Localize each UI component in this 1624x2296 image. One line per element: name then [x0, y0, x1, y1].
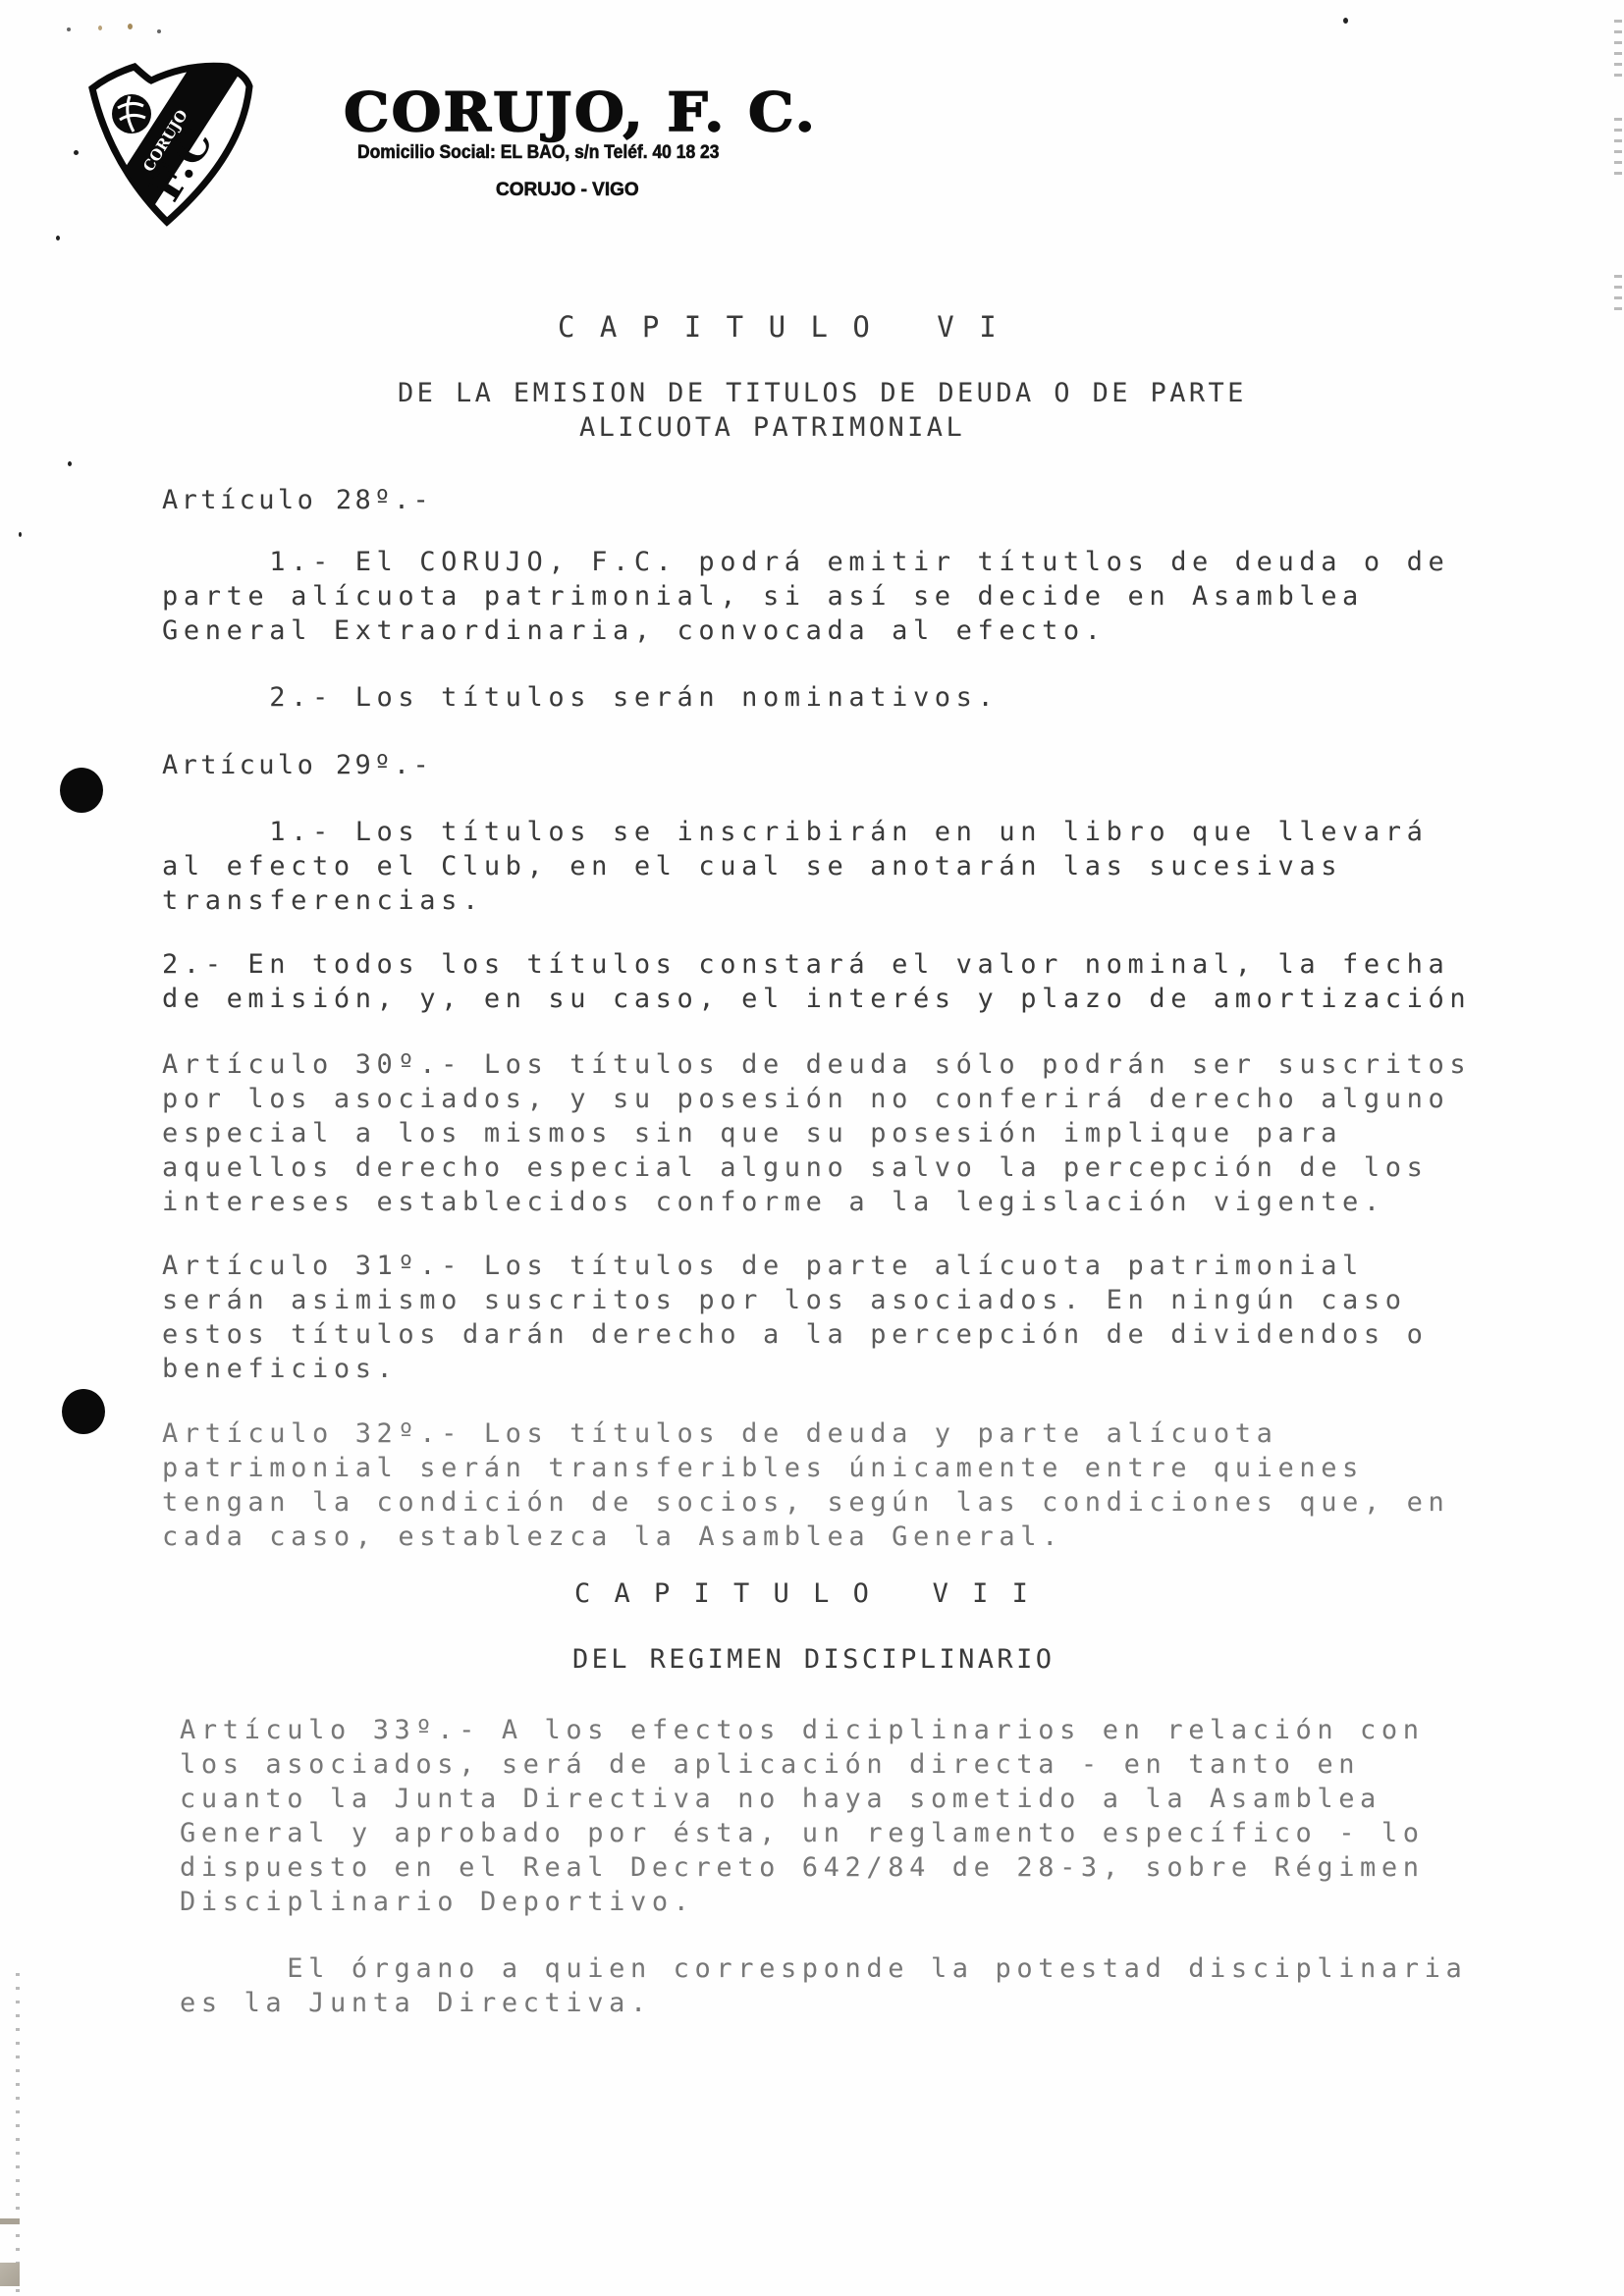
- article-28-heading: Artículo 28º.-: [162, 483, 432, 517]
- article-29-p2-line1: 2.- En todos los títulos constará el val…: [162, 947, 1449, 982]
- article-31-line1: Artículo 31º.- Los títulos de parte alíc…: [162, 1249, 1364, 1283]
- article-29-p2-line2: de emisión, y, en su caso, el interés y …: [162, 982, 1471, 1016]
- article-29-p1-line3: transferencias.: [162, 883, 484, 918]
- club-shield-logo-icon: CORUJO F.C: [81, 57, 257, 229]
- scan-speck: [98, 26, 102, 30]
- article-28-p1-line1: 1.- El CORUJO, F.C. podrá emitir títutlo…: [162, 545, 1449, 579]
- punch-hole: [62, 1389, 105, 1434]
- article-28-p1-line3: General Extraordinaria, convocada al efe…: [162, 614, 1107, 648]
- article-33-line3: cuanto la Junta Directiva no haya someti…: [180, 1782, 1381, 1816]
- scan-speck: [68, 461, 72, 466]
- article-32-line4: cada caso, establezca la Asamblea Genera…: [162, 1520, 1063, 1554]
- article-33-line6: Disciplinario Deportivo.: [180, 1885, 695, 1919]
- document-page: CORUJO F.C CORUJO, F. C. Domicilio Socia…: [0, 0, 1624, 2296]
- scan-edge-artifact: [1614, 118, 1622, 177]
- chapter-6-title: C A P I T U L O V I: [558, 310, 1001, 344]
- article-29-p1-line1: 1.- Los títulos se inscribirán en un lib…: [162, 815, 1428, 849]
- article-30-line2: por los asociados, y su posesión no conf…: [162, 1082, 1449, 1116]
- scan-speck: [67, 27, 71, 31]
- article-29-heading: Artículo 29º.-: [162, 748, 432, 782]
- chapter-7-title: C A P I T U L O V I I: [574, 1578, 1032, 1609]
- chapter-6-subtitle-line2: ALICUOTA PATRIMONIAL: [579, 412, 965, 443]
- article-31-line4: beneficios.: [162, 1352, 398, 1386]
- scan-speck: [128, 24, 133, 29]
- scan-edge-artifact: [1614, 20, 1622, 79]
- article-30-line5: intereses establecidos conforme a la leg…: [162, 1185, 1385, 1219]
- scan-edge-artifact: [0, 2218, 20, 2224]
- scan-speck: [19, 532, 22, 537]
- scan-edge-artifact: [16, 1973, 20, 2296]
- article-30-line3: especial a los mismos sin que su posesió…: [162, 1116, 1342, 1150]
- scan-speck: [1343, 18, 1348, 24]
- scan-speck: [56, 236, 60, 240]
- article-32-line3: tengan la condición de socios, según las…: [162, 1485, 1449, 1520]
- article-31-line2: serán asimismo suscritos por los asociad…: [162, 1283, 1407, 1317]
- club-city: CORUJO - VIGO: [496, 180, 639, 201]
- article-28-p2-line1: 2.- Los títulos serán nominativos.: [162, 680, 999, 715]
- club-name: CORUJO, F. C.: [344, 80, 817, 143]
- article-33-p2-line2: es la Junta Directiva.: [180, 1986, 652, 2020]
- article-29-p1-line2: al efecto el Club, en el cual se anotará…: [162, 849, 1342, 883]
- article-32-line2: patrimonial serán transferibles únicamen…: [162, 1451, 1364, 1485]
- article-30-line1: Artículo 30º.- Los títulos de deuda sólo…: [162, 1047, 1471, 1082]
- chapter-7-subtitle: DEL REGIMEN DISCIPLINARIO: [572, 1644, 1055, 1675]
- scan-speck: [157, 29, 161, 33]
- punch-hole: [60, 768, 103, 813]
- article-33-line1: Artículo 33º.- A los efectos diciplinari…: [180, 1713, 1425, 1747]
- scan-edge-artifact: [0, 2263, 20, 2286]
- article-28-p1-line2: parte alícuota patrimonial, si así se de…: [162, 579, 1364, 614]
- article-31-line3: estos títulos darán derecho a la percepc…: [162, 1317, 1428, 1352]
- scan-edge-artifact: [1614, 275, 1622, 314]
- article-30-line4: aquellos derecho especial alguno salvo l…: [162, 1150, 1428, 1185]
- scan-speck: [74, 150, 79, 155]
- article-33-line2: los asociados, será de aplicación direct…: [180, 1747, 1360, 1782]
- club-address: Domicilio Social: EL BAO, s/n Teléf. 40 …: [357, 142, 720, 164]
- article-33-p2-line1: El órgano a quien corresponde la potesta…: [180, 1951, 1467, 1986]
- article-33-line4: General y aprobado por ésta, un reglamen…: [180, 1816, 1425, 1850]
- chapter-6-subtitle-line1: DE LA EMISION DE TITULOS DE DEUDA O DE P…: [398, 378, 1247, 408]
- article-32-line1: Artículo 32º.- Los títulos de deuda y pa…: [162, 1416, 1277, 1451]
- article-33-line5: dispuesto en el Real Decreto 642/84 de 2…: [180, 1850, 1425, 1885]
